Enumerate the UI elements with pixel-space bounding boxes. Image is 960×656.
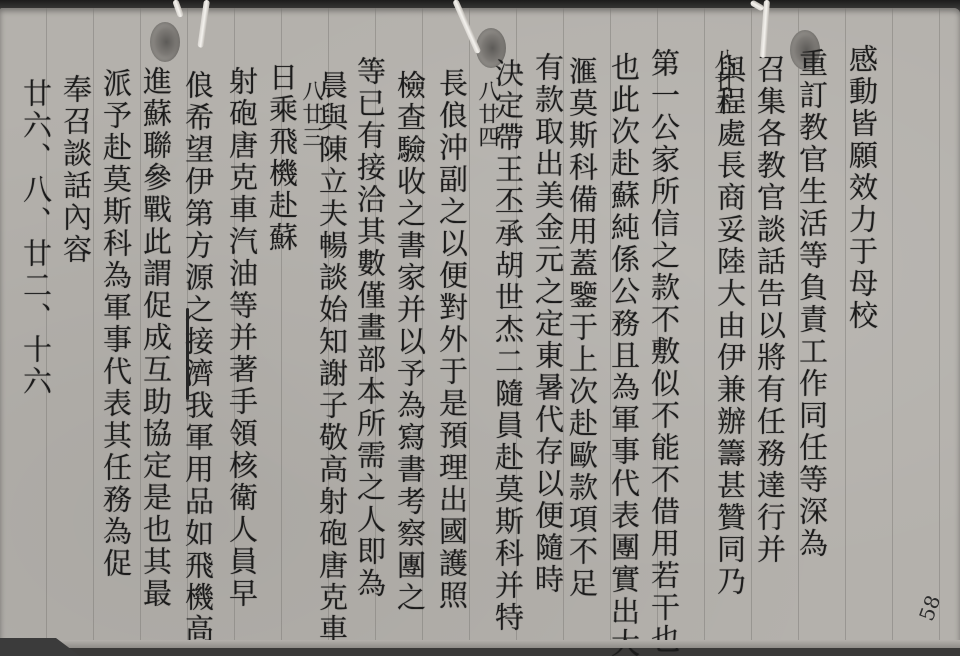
punch-hole-left	[150, 22, 180, 62]
date-heading: 八廿五	[706, 48, 742, 117]
handwritten-column: 召集各教官談話告以將有任務達行并	[752, 54, 788, 566]
handwritten-column: 長俍沖副之以便對外于是預理出國護照	[434, 68, 470, 612]
date-heading: 八廿四	[470, 80, 506, 149]
handwritten-column: 晨與陳立夫暢談始知謝子敬高射砲唐克車	[314, 70, 350, 646]
handwritten-column: 滙莫斯科備用蓋鑒于上次赴歐款項不足	[564, 56, 600, 600]
handwritten-column: 與程處長商妥陸大由伊兼辦籌甚贊同乃	[712, 54, 748, 598]
handwritten-column: 重訂教官生活等負責工作同任等深為	[794, 48, 830, 560]
manuscript-page: 感動皆願效力于母校重訂教官生活等負責工作同任等深為召集各教官談話告以將有任務達行…	[0, 8, 960, 648]
handwritten-column: 派予赴莫斯科為軍事代表其任務為促	[98, 68, 134, 580]
handwritten-column: 射砲唐克車汽油等并著手領核衛人員早	[224, 66, 260, 610]
handwritten-column: 也此次赴蘇純係公務且為軍事代表團實出大	[606, 52, 642, 656]
handwritten-column: 有款取出美金元之定東暑代存以便隨時	[530, 52, 566, 596]
page-number: 58	[914, 592, 945, 624]
handwritten-column: 日乘飛機赴蘇	[264, 62, 300, 254]
handwritten-column: 廿六、八、廿二、十六	[18, 78, 54, 398]
handwritten-column: 第一公家所信之款不敷似不能不借用若干也	[646, 48, 682, 656]
handwritten-column: 奉召談話內容	[58, 74, 94, 266]
handwritten-column: 感動皆願效力于母校	[844, 44, 880, 332]
manuscript-scan: 感動皆願效力于母校重訂教官生活等負責工作同任等深為召集各教官談話告以將有任務達行…	[0, 0, 960, 656]
handwritten-column: 檢查驗收之書家并以予為寫書考察團之	[392, 70, 428, 614]
page-bottom-edge	[0, 640, 960, 648]
handwritten-column: 等已有接洽其數僅畫部本所需之人即為	[352, 56, 388, 600]
margin-emphasis-mark	[186, 308, 189, 400]
handwritten-column: 進蘇聯參戰此謂促成互助協定是也其最	[138, 66, 174, 610]
